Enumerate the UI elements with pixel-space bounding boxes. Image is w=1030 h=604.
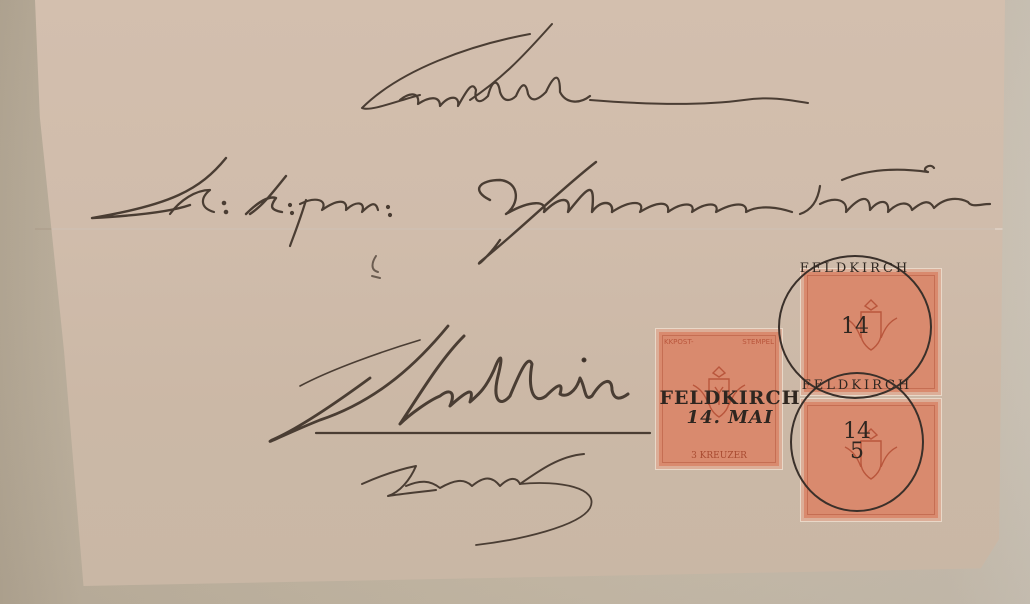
postmark-town: FELDKIRCH: [780, 261, 930, 276]
stamp-top-left: KKPOST-: [664, 338, 694, 346]
postmark-day: 14: [841, 314, 869, 339]
stamp-top-right: STEMPEL: [742, 338, 774, 346]
postmark-date: 14: [841, 317, 869, 337]
postmark-month: 5: [850, 439, 864, 464]
postmark-date: 14 5: [843, 422, 871, 462]
postmark-date-line: 14. MAI: [615, 408, 845, 428]
postmark-town-line: FELDKIRCH: [615, 388, 845, 408]
stamp-top-text: KKPOST- STEMPEL: [664, 338, 774, 346]
stamp-value: 3 KREUZER: [664, 451, 774, 461]
straight-line-postmark: FELDKIRCH 14. MAI: [615, 388, 845, 432]
